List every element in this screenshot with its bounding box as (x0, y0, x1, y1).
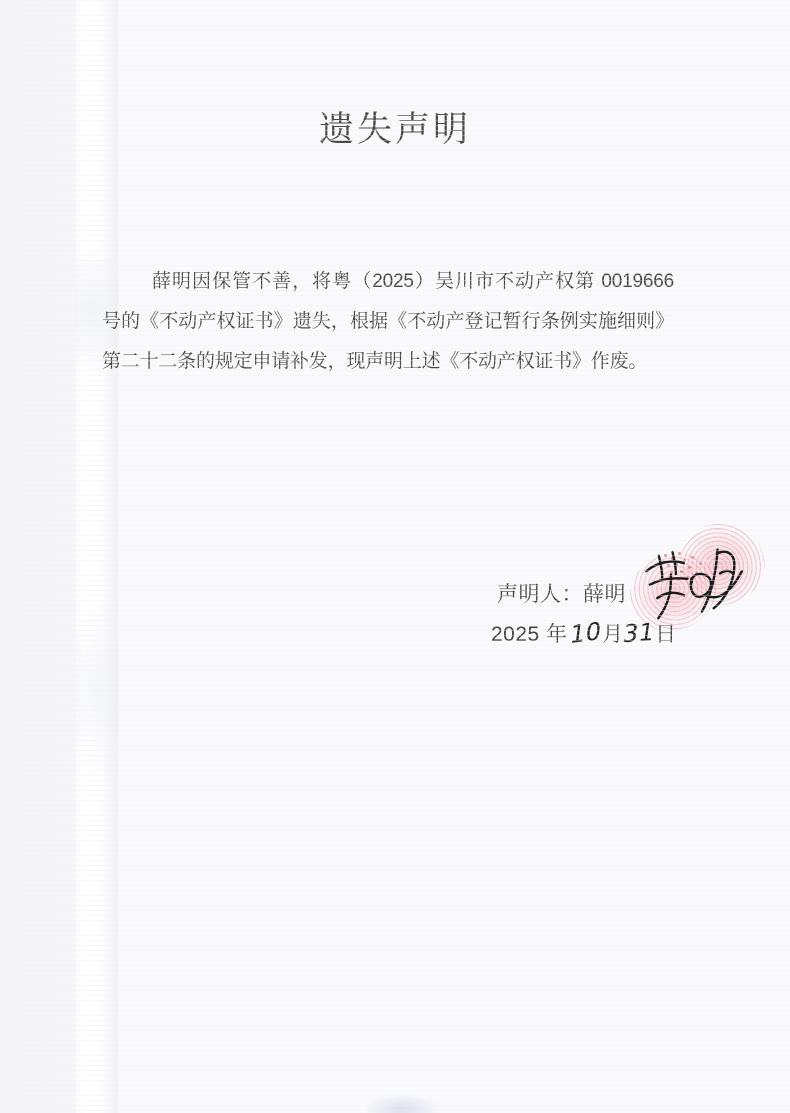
handwritten-signature (624, 518, 772, 634)
page-title: 遗失声明 (0, 102, 790, 152)
declaration-paragraph: 薛明因保管不善，将粤（2025）吴川市不动产权第 0019666 号的《不动产权… (102, 262, 674, 382)
date-year-printed: 2025 年 (491, 618, 568, 648)
date-month-unit: 月 (602, 618, 624, 648)
scan-crease-strip-artifact (75, 0, 119, 1113)
scanned-declaration-page: 遗失声明 薛明因保管不善，将粤（2025）吴川市不动产权第 0019666 号的… (0, 0, 790, 1113)
signature-stamp-area (624, 518, 772, 634)
bottom-smudge-artifact (366, 1095, 438, 1113)
declarant-label: 声明人：薛明 (497, 578, 626, 608)
paragraph-line-1: 薛明因保管不善，将粤（2025）吴川市不动产权第 0019666 (102, 262, 674, 302)
scan-left-edge-band (0, 0, 76, 1113)
date-line: 2025 年 10 月 31 日 (491, 618, 677, 648)
paragraph-line-3: 第二十二条的规定申请补发，现声明上述《不动产权证书》作废。 (102, 342, 674, 382)
paragraph-line-2: 号的《不动产权证书》遗失，根据《不动产登记暂行条例实施细则》 (102, 302, 674, 342)
date-day-handwritten: 31 (621, 620, 656, 646)
date-day-unit: 日 (655, 618, 677, 648)
date-month-handwritten: 10 (568, 619, 602, 647)
